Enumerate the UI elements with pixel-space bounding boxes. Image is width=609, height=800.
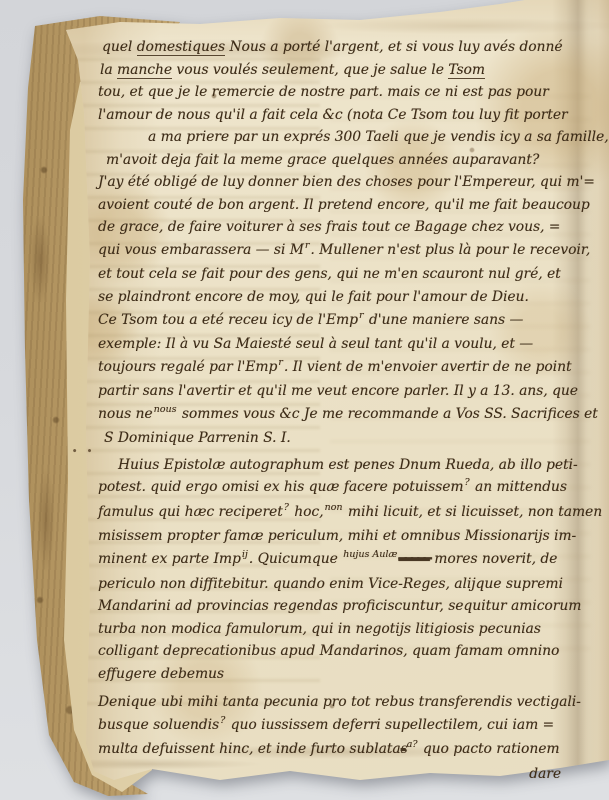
handwritten-text: hoc, bbox=[290, 504, 324, 520]
superscript-insertion: hujus Aulæ bbox=[343, 549, 397, 560]
manuscript-line: minent ex parte Impij. Quicumque hujus A… bbox=[98, 548, 601, 573]
manuscript-line: misissem propter famæ periculum, mihi et… bbox=[98, 525, 601, 548]
manuscript-line: toujours regalé par l'Empr. Il vient de … bbox=[98, 356, 601, 381]
manuscript-line: Ce Tsom tou a eté receu icy de l'Empr d'… bbox=[98, 309, 601, 334]
handwritten-text: l'amour de nous qu'il a fait cela &c (no… bbox=[98, 107, 568, 123]
manuscript-line: famulus qui hæc reciperet? hoc,non mihi … bbox=[98, 501, 601, 526]
catchword: dare bbox=[98, 763, 601, 786]
handwritten-text: S Dominique Parrenin S. I. bbox=[104, 430, 291, 446]
handwritten-text: minent ex parte Imp bbox=[98, 551, 241, 567]
manuscript-line: periculo non diffitebitur. quando enim V… bbox=[98, 573, 601, 596]
underlined-word: domestiques bbox=[137, 39, 225, 56]
superscript-insertion: a? bbox=[407, 739, 418, 750]
manuscript-line: multa defuissent hinc, et inde furto sub… bbox=[98, 738, 601, 763]
handwritten-text: d'une maniere sans — bbox=[365, 312, 524, 328]
superscript-insertion: nous bbox=[154, 404, 177, 415]
superscript-insertion: non bbox=[325, 502, 343, 513]
manuscript-line: partir sans l'avertir et qu'il me veut e… bbox=[98, 380, 601, 403]
superscript-insertion: r bbox=[278, 357, 283, 368]
handwritten-text: a ma priere par un exprés 300 Taeli que … bbox=[148, 129, 609, 145]
handwritten-text: famulus qui hæc reciperet bbox=[98, 504, 283, 520]
handwritten-text: potest. quid ergo omisi ex his quæ facer… bbox=[98, 479, 463, 495]
handwritten-text: mores noverit, de bbox=[430, 551, 557, 567]
superscript-insertion: ? bbox=[464, 477, 469, 488]
manuscript-line: a ma priere par un exprés 300 Taeli que … bbox=[98, 126, 601, 149]
superscript-insertion: ij bbox=[242, 549, 248, 560]
manuscript-line: quel domestiques Nous a porté l'argent, … bbox=[98, 36, 601, 59]
manuscript-line: Huius Epistolæ autographum est penes Dnu… bbox=[98, 454, 601, 477]
superscript-insertion: ? bbox=[284, 502, 289, 513]
manuscript-line: Denique ubi mihi tanta pecunia pro tot r… bbox=[98, 691, 601, 714]
handwritten-text: tou, et que je le remercie de nostre par… bbox=[98, 84, 549, 100]
handwritten-text: toujours regalé par l'Emp bbox=[98, 359, 277, 375]
manuscript-line: tou, et que je le remercie de nostre par… bbox=[98, 81, 601, 104]
handwritten-text: turba non modica famulorum, qui in negot… bbox=[98, 621, 541, 637]
handwritten-text: et tout cela se fait pour des gens, qui … bbox=[98, 266, 561, 282]
handwritten-text: Huius Epistolæ autographum est penes Dnu… bbox=[118, 457, 578, 473]
handwritten-text: sommes vous &c Je me recommande a Vos SS… bbox=[177, 406, 597, 422]
manuscript-line: m'avoit deja fait la meme grace quelques… bbox=[98, 149, 601, 172]
handwritten-text: de grace, de faire voiturer à ses frais … bbox=[98, 219, 560, 235]
handwritten-text: nous ne bbox=[98, 406, 153, 422]
handwritten-text: dare bbox=[529, 766, 561, 782]
handwritten-text: . Mullener n'est plus là pour le recevoi… bbox=[310, 242, 590, 258]
handwritten-text: quo pacto rationem bbox=[418, 741, 559, 757]
manuscript-line: l'amour de nous qu'il a fait cela &c (no… bbox=[98, 104, 601, 127]
underlined-word: Tsom bbox=[448, 62, 485, 79]
handwritten-text: misissem propter famæ periculum, mihi et… bbox=[98, 528, 576, 544]
handwritten-text: qui vous embarassera — si M bbox=[98, 242, 304, 258]
handwritten-text: exemple: Il à vu Sa Maiesté seul à seul … bbox=[98, 336, 533, 352]
superscript-insertion: r bbox=[359, 310, 364, 321]
photo-background: ∙ ∙ quel domestiques Nous a porté l'arge… bbox=[0, 0, 609, 800]
crossed-out-word: ━━━━━ bbox=[398, 551, 430, 567]
manuscript-line: turba non modica famulorum, qui in negot… bbox=[98, 618, 601, 641]
handwritten-text: quo iussissem deferri supellectilem, cui… bbox=[226, 717, 554, 733]
manuscript-line: se plaindront encore de moy, qui le fait… bbox=[98, 286, 601, 309]
handwritten-text: colligant deprecationibus apud Mandarino… bbox=[98, 643, 559, 659]
manuscript-text: quel domestiques Nous a porté l'argent, … bbox=[98, 36, 601, 786]
handwritten-text: periculo non diffitebitur. quando enim V… bbox=[98, 576, 563, 592]
handwritten-text: partir sans l'avertir et qu'il me veut e… bbox=[98, 383, 578, 399]
manuscript-line: potest. quid ergo omisi ex his quæ facer… bbox=[98, 476, 601, 501]
manuscript-line: avoient couté de bon argent. Il pretend … bbox=[98, 194, 601, 217]
handwritten-text: mihi licuit, et si licuisset, non tamen bbox=[344, 504, 603, 520]
superscript-insertion: ? bbox=[220, 715, 225, 726]
handwritten-text: Nous a porté l'argent, et si vous luy av… bbox=[225, 39, 562, 55]
manuscript-line: busque soluendis? quo iussissem deferri … bbox=[98, 714, 601, 739]
handwritten-text: multa defuissent hinc, et inde furto sub… bbox=[98, 741, 401, 757]
handwritten-text: avoient couté de bon argent. Il pretend … bbox=[98, 197, 590, 213]
manuscript-line: et tout cela se fait pour des gens, qui … bbox=[98, 263, 601, 286]
handwritten-text: quel bbox=[102, 39, 137, 55]
handwritten-text: J'ay été obligé de luy donner bien des c… bbox=[98, 174, 595, 190]
manuscript-line: de grace, de faire voiturer à ses frais … bbox=[98, 216, 601, 239]
handwritten-text: . Il vient de m'envoier avertir de ne po… bbox=[284, 359, 572, 375]
handwritten-text: la bbox=[100, 62, 117, 78]
underlined-word: manche bbox=[117, 62, 172, 79]
signature-line: S Dominique Parrenin S. I. bbox=[98, 427, 601, 450]
handwritten-text: . Quicumque bbox=[249, 551, 342, 567]
crossed-out-word: s bbox=[401, 741, 406, 757]
manuscript-line: la manche vous voulés seulement, que je … bbox=[98, 59, 601, 82]
manuscript-line: exemple: Il à vu Sa Maiesté seul à seul … bbox=[98, 333, 601, 356]
handwritten-text: Denique ubi mihi tanta pecunia pro tot r… bbox=[98, 694, 581, 710]
handwritten-text: se plaindront encore de moy, qui le fait… bbox=[98, 289, 529, 305]
manuscript-line: colligant deprecationibus apud Mandarino… bbox=[98, 640, 601, 663]
manuscript-line: qui vous embarassera — si Mr. Mullener n… bbox=[98, 239, 601, 264]
manuscript-line: Mandarini ad provincias regendas profici… bbox=[98, 595, 601, 618]
margin-mark: ∙ ∙ bbox=[72, 444, 95, 457]
handwritten-text: effugere debemus bbox=[98, 666, 224, 682]
manuscript-line: nous nenous sommes vous &c Je me recomma… bbox=[98, 403, 601, 428]
manuscript-line: J'ay été obligé de luy donner bien des c… bbox=[98, 171, 601, 194]
handwritten-text: m'avoit deja fait la meme grace quelques… bbox=[106, 152, 539, 168]
handwritten-text: Ce Tsom tou a eté receu icy de l'Emp bbox=[98, 312, 358, 328]
handwritten-text: busque soluendis bbox=[98, 717, 219, 733]
superscript-insertion: r bbox=[305, 240, 310, 251]
manuscript-line: effugere debemus bbox=[98, 663, 601, 686]
handwritten-text: an mittendus bbox=[471, 479, 567, 495]
handwritten-text: vous voulés seulement, que je salue le bbox=[172, 62, 448, 78]
handwritten-text: Mandarini ad provincias regendas profici… bbox=[98, 598, 581, 614]
